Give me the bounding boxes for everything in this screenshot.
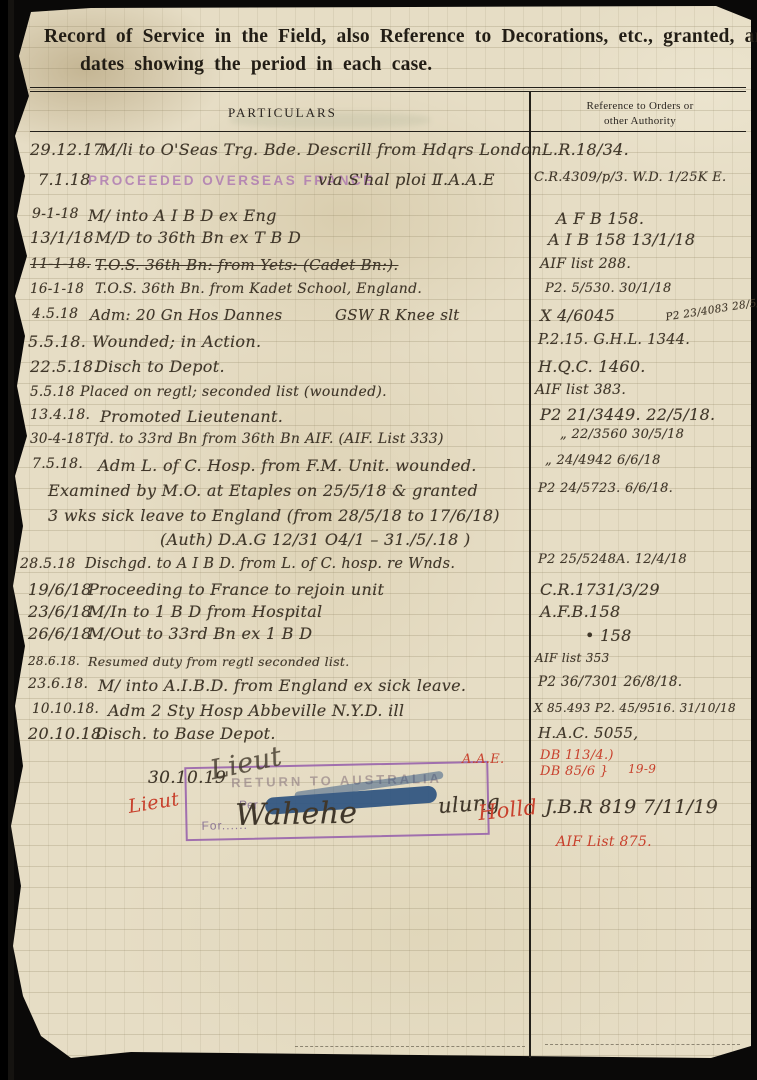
entry-ref: H.A.C. 5055, bbox=[538, 724, 638, 742]
entry-ref: AIF list 383. bbox=[535, 382, 626, 398]
entry-row: 13/1/18 M/D to 36th Bn ex T B D A I B 15… bbox=[0, 228, 757, 229]
entry-date: 5.5.18. bbox=[28, 332, 86, 351]
entry-text: T.O.S. 36th Bn: from Yets: (Cadet Bn:). bbox=[95, 256, 398, 274]
entry-text: Dischgd. to A I B D. from L. of C. hosp.… bbox=[85, 556, 455, 572]
entry-date: 26/6/18 bbox=[28, 624, 92, 643]
entry-text: Disch to Depot. bbox=[95, 357, 225, 376]
bottom-dashed-rule-right bbox=[545, 1044, 740, 1045]
entry-row: (Auth) D.A.G 12/31 O4/1 – 31./5/.18 ) bbox=[0, 530, 757, 531]
entry-ref: A.F.B.158 bbox=[540, 602, 620, 621]
entry-row: 22.5.18. Disch to Depot. H.Q.C. 1460. bbox=[0, 357, 757, 358]
entry-row: 5.5.18. Wounded; in Action. P.2.15. G.H.… bbox=[0, 332, 757, 333]
red-aif-list-note: AIF List 875. bbox=[556, 834, 652, 850]
entry-ref: X 4/6045 bbox=[540, 306, 615, 325]
entry-date: 13.4.18. bbox=[30, 407, 90, 423]
entry-row: 9-1-18 M/ into A I B D ex Eng A F B 158. bbox=[0, 206, 757, 207]
entry-row: 26/6/18 M/Out to 33rd Bn ex 1 B D • 158 bbox=[0, 624, 757, 625]
entry-ref: A F B 158. bbox=[556, 209, 644, 228]
entry-row: 28.6.18. Resumed duty from regtl seconde… bbox=[0, 654, 757, 655]
double-rule-top bbox=[30, 87, 746, 88]
entry-ref: P2 24/5723. 6/6/18. bbox=[538, 481, 673, 496]
entry-ref: P2 21/3449. 22/5/18. bbox=[540, 405, 715, 424]
entry-text: M/ into A I B D ex Eng bbox=[88, 206, 277, 225]
entry-row: 30-4-18 Tfd. to 33rd Bn from 36th Bn AIF… bbox=[0, 431, 757, 432]
entry-row: 5.5.18 Placed on regtl; seconded list (w… bbox=[0, 384, 757, 385]
entry-text: Promoted Lieutenant. bbox=[100, 407, 283, 426]
entry-text: Proceeding to France to rejoin unit bbox=[88, 580, 384, 599]
entry-row: 10.10.18. Adm 2 Sty Hosp Abbeville N.Y.D… bbox=[0, 701, 757, 702]
entry-date: 22.5.18. bbox=[30, 357, 99, 376]
entry-ref: X 85.493 P2. 45/9516. 31/10/18 bbox=[534, 701, 736, 715]
double-rule-bottom bbox=[30, 91, 746, 92]
entry-text: Adm L. of C. Hosp. from F.M. Unit. wound… bbox=[98, 456, 477, 475]
entry-row: 3 wks sick leave to England (from 28/5/1… bbox=[0, 506, 757, 507]
entry-date: 23.6.18. bbox=[28, 676, 88, 692]
scanned-service-record-page: Record of Service in the Field, also Ref… bbox=[0, 0, 757, 1080]
entry-text: via S'hal ploi Ⅱ.A.A.E bbox=[318, 170, 495, 189]
bottom-dashed-rule-left bbox=[295, 1046, 525, 1047]
entry-ref: „ 24/4942 6/6/18 bbox=[545, 453, 661, 468]
page-title-line1: Record of Service in the Field, also Ref… bbox=[44, 26, 757, 48]
entry-date: 4.5.18 bbox=[32, 306, 78, 322]
entry-row: 23.6.18. M/ into A.I.B.D. from England e… bbox=[0, 676, 757, 677]
entry-row: 20.10.18. Disch. to Base Depot. H.A.C. 5… bbox=[0, 724, 757, 725]
entry-ref: P.2.15. G.H.L. 1344. bbox=[538, 332, 690, 348]
entry-text: M/li to O'Seas Trg. Bde. Descrill from H… bbox=[100, 140, 542, 159]
entry-date: 7.5.18. bbox=[32, 456, 83, 472]
entry-row: 19/6/18 Proceeding to France to rejoin u… bbox=[0, 580, 757, 581]
entry-text: Wounded; in Action. bbox=[92, 332, 261, 351]
entry-ref: P2 36/7301 26/8/18. bbox=[538, 674, 682, 690]
entry-row: 4.5.18 Adm: 20 Gn Hos Dannes GSW R Knee … bbox=[0, 306, 757, 307]
entry-text: M/Out to 33rd Bn ex 1 B D bbox=[88, 624, 312, 643]
header-underline bbox=[30, 131, 746, 132]
entry-ref: „ 22/3560 30/5/18 bbox=[560, 427, 684, 442]
entry-date: 30-4-18 bbox=[30, 431, 84, 447]
entry-date: 16-1-18 bbox=[30, 281, 84, 297]
entry-ref: A I B 158 13/1/18 bbox=[548, 230, 695, 249]
entry-date: 19/6/18 bbox=[28, 580, 92, 599]
entry-text: M/D to 36th Bn ex T B D bbox=[95, 228, 301, 247]
entry-ref: P2. 5/530. 30/1/18 bbox=[545, 281, 672, 296]
entry-text: Tfd. to 33rd Bn from 36th Bn AIF. (AIF. … bbox=[85, 431, 444, 447]
entry-date: 28.5.18 bbox=[20, 556, 76, 572]
entry-date: 7.1.18 bbox=[38, 170, 91, 189]
entry-row: 29.12.17. M/li to O'Seas Trg. Bde. Descr… bbox=[0, 140, 757, 141]
entry-text: T.O.S. 36th Bn. from Kadet School, Engla… bbox=[95, 281, 422, 297]
entry-text: Disch. to Base Depot. bbox=[95, 724, 276, 743]
page-title-line2: dates showing the period in each case. bbox=[80, 54, 432, 76]
entry-text: M/In to 1 B D from Hospital bbox=[88, 602, 322, 621]
entry-row: 28.5.18 Dischgd. to A I B D. from L. of … bbox=[0, 556, 757, 557]
entry-ref: AIF list 353 bbox=[535, 651, 610, 665]
entry-date: 13/1/18 bbox=[30, 228, 94, 247]
entry-date: 9-1-18 bbox=[32, 206, 79, 222]
red-db-ref-1: DB 113/4.) bbox=[540, 748, 614, 763]
entry-text: 3 wks sick leave to England (from 28/5/1… bbox=[48, 506, 500, 525]
entry-ref: P2 25/5248A. 12/4/18 bbox=[538, 552, 687, 567]
entry-ref: H.Q.C. 1460. bbox=[538, 357, 646, 376]
column-divider bbox=[529, 92, 531, 1058]
red-db-ref-2: DB 85/6 } bbox=[540, 764, 608, 779]
entry-date: 23/6/18 bbox=[28, 602, 92, 621]
entry-ref: AIF list 288. bbox=[540, 256, 631, 272]
entry-text: (Auth) D.A.G 12/31 O4/1 – 31./5/.18 ) bbox=[160, 530, 471, 549]
entry-date: 10.10.18. bbox=[32, 701, 99, 717]
entry-text: Resumed duty from regtl seconded list. bbox=[88, 654, 350, 669]
entry-row: 7.1.18 PROCEEDED OVERSEAS FRANCE via S'h… bbox=[0, 170, 757, 171]
entry-row: 13.4.18. Promoted Lieutenant. P2 21/3449… bbox=[0, 407, 757, 408]
entry-date: 29.12.17. bbox=[30, 140, 109, 159]
column-header-reference: Reference to Orders or other Authority bbox=[545, 99, 735, 129]
entry-ref: C.R.1731/3/29 bbox=[540, 580, 660, 599]
red-aae-note: A.A.E. bbox=[462, 752, 504, 767]
entry-row: 7.5.18. Adm L. of C. Hosp. from F.M. Uni… bbox=[0, 456, 757, 457]
ship-name: Wahehe bbox=[235, 796, 358, 834]
entry-date: 5.5.18 bbox=[30, 384, 75, 400]
entry-text: Adm: 20 Gn Hos Dannes bbox=[90, 306, 283, 324]
red-199-note: 19-9 bbox=[628, 762, 656, 776]
entry-row: 11-1-18. T.O.S. 36th Bn: from Yets: (Cad… bbox=[0, 256, 757, 257]
jbr-reference: J.B.R 819 7/11/19 bbox=[545, 796, 718, 818]
entry-text: Adm 2 Sty Hosp Abbeville N.Y.D. ill bbox=[108, 701, 404, 720]
entry-ref: C.R.4309/p/3. W.D. 1/25K E. bbox=[534, 170, 726, 185]
entry-text: M/ into A.I.B.D. from England ex sick le… bbox=[98, 676, 466, 695]
entry-ref: • 158 bbox=[585, 626, 632, 645]
entry-date: 11-1-18. bbox=[30, 256, 91, 272]
entry-row: 16-1-18 T.O.S. 36th Bn. from Kadet Schoo… bbox=[0, 281, 757, 282]
entry-ref: L.R.18/34. bbox=[542, 140, 629, 159]
entry-text-secondary: GSW R Knee slt bbox=[335, 306, 460, 324]
column-header-particulars: PARTICULARS bbox=[228, 105, 337, 121]
entry-date: 28.6.18. bbox=[28, 654, 80, 668]
entry-row: 23/6/18 M/In to 1 B D from Hospital A.F.… bbox=[0, 602, 757, 603]
entry-row: Examined by M.O. at Etaples on 25/5/18 &… bbox=[0, 481, 757, 482]
entry-text: Examined by M.O. at Etaples on 25/5/18 &… bbox=[48, 481, 478, 500]
entry-text: Placed on regtl; seconded list (wounded)… bbox=[80, 384, 387, 400]
